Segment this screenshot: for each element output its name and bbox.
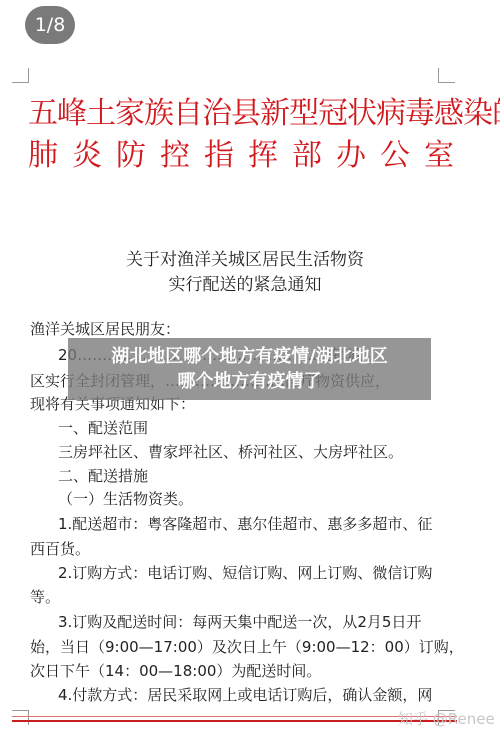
crop-mark-top-left bbox=[12, 68, 29, 83]
footer-rule-thick bbox=[12, 720, 457, 722]
body-line: 始，当日（9:00—17:00）及次日上午（9:00—12：00）订购， bbox=[30, 636, 464, 657]
overlay-line-2: 哪个地方有疫情了 bbox=[68, 369, 431, 394]
footer-rule-thin bbox=[12, 716, 457, 717]
body-line: 渔洋关城区居民朋友： bbox=[30, 318, 180, 339]
document-header-line-1: 五峰土家族自治县新型冠状病毒感染的 bbox=[28, 88, 443, 132]
notice-title-line-2: 实行配送的紧急通知 bbox=[0, 270, 495, 295]
body-line: 3.订购及配送时间：每两天集中配送一次，从2月5日开 bbox=[58, 611, 421, 632]
body-line: 一、配送范围 bbox=[58, 417, 148, 438]
body-line: 1.配送超市：粤客隆超市、惠尔佳超市、惠多多超市、征 bbox=[58, 513, 432, 534]
page-counter: 1/8 bbox=[25, 6, 75, 44]
body-line: 西百货。 bbox=[30, 538, 90, 559]
body-line: 三房坪社区、曹家坪社区、桥河社区、大房坪社区。 bbox=[58, 441, 403, 462]
body-line: 等。 bbox=[30, 586, 60, 607]
watermark: 知乎 @Renee bbox=[398, 708, 495, 729]
document-header-line-2: 肺炎防控指挥部办公室 bbox=[28, 130, 443, 174]
body-line: 次日下午（14：00—18:00）为配送时间。 bbox=[30, 660, 321, 681]
notice-title-line-1: 关于对渔洋关城区居民生活物资 bbox=[0, 245, 495, 270]
body-line: 4.付款方式：居民采取网上或电话订购后，确认金额，网 bbox=[58, 684, 432, 705]
body-line: 二、配送措施 bbox=[58, 465, 148, 486]
overlay-line-1: 湖北地区哪个地方有疫情/湖北地区 bbox=[68, 344, 431, 369]
body-line: （一）生活物资类。 bbox=[58, 488, 193, 509]
crop-mark-top-right bbox=[438, 68, 455, 83]
title-overlay-banner: 湖北地区哪个地方有疫情/湖北地区 哪个地方有疫情了 bbox=[68, 338, 431, 400]
body-line: 2.订购方式：电话订购、短信订购、网上订购、微信订购 bbox=[58, 562, 432, 583]
crop-mark-bottom-left bbox=[12, 710, 29, 725]
